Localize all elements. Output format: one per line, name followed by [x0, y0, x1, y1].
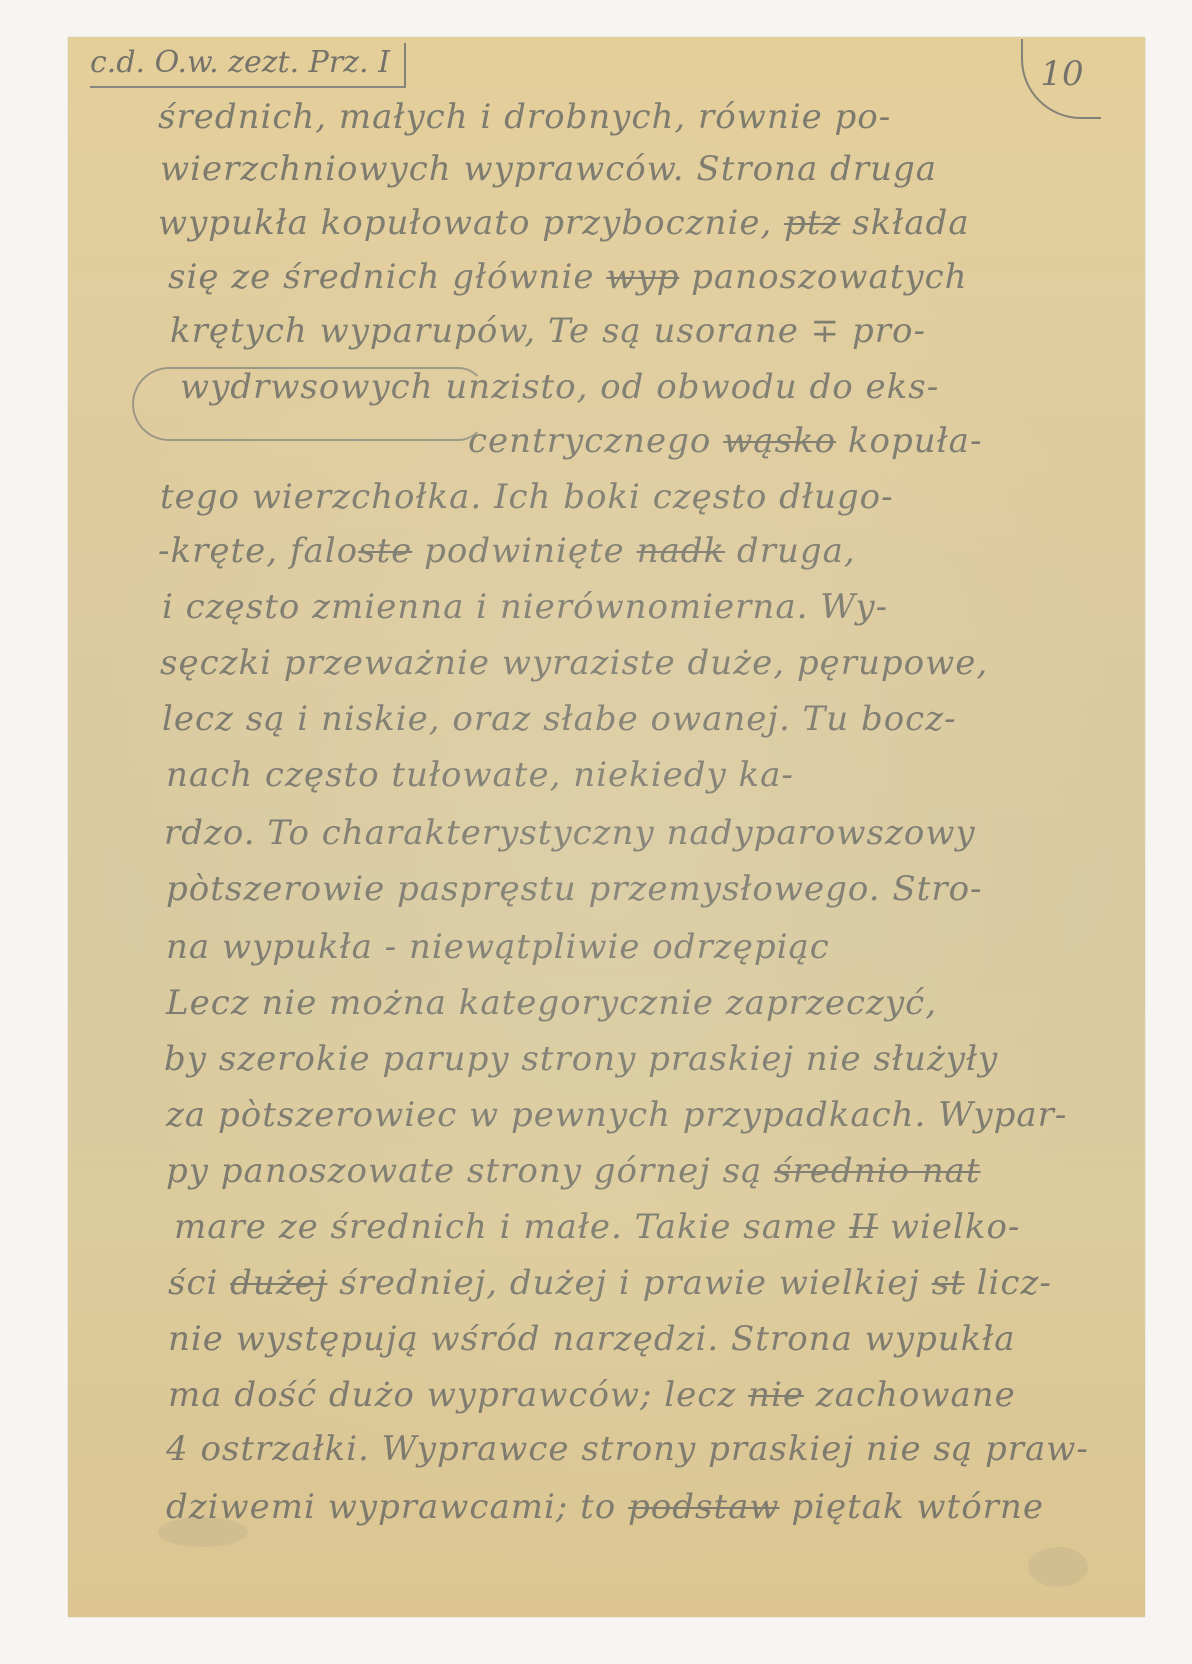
- manuscript-line: lecz są i niskie, oraz słabe owanej. Tu …: [162, 699, 957, 739]
- struck-text: średnio nat: [774, 1151, 980, 1191]
- struck-text: ste: [358, 531, 412, 571]
- line-text: pòtszerowie paspręstu przemysłowego. Str…: [166, 869, 983, 909]
- line-text: sęczki przeważnie wyraziste duże, pęrupo…: [160, 643, 988, 683]
- line-text: na wypukła - niewątpliwie odrzępiąc: [166, 927, 830, 967]
- line-text: wierzchniowych wyprawców. Strona druga: [160, 149, 937, 189]
- line-text: składa: [840, 203, 969, 243]
- line-text: nach często tułowate, niekiedy ka-: [166, 755, 794, 795]
- manuscript-line: na wypukła - niewątpliwie odrzępiąc: [166, 927, 830, 967]
- line-text: druga,: [725, 531, 856, 571]
- line-text: kopuła-: [836, 421, 982, 461]
- manuscript-line: rdzo. To charakterystyczny nadyparowszow…: [164, 813, 976, 853]
- line-text: zachowane: [804, 1375, 1016, 1415]
- manuscript-page: c.d. O.w. zezt. Prz. I 10 średnich, mały…: [68, 37, 1145, 1617]
- manuscript-line: mare ze średnich i małe. Takie same II w…: [174, 1207, 1020, 1247]
- manuscript-line: by szerokie parupy strony praskiej nie s…: [164, 1039, 998, 1079]
- manuscript-line: wypukła kopułowato przybocznie, ptz skła…: [158, 203, 970, 243]
- line-text: średniej, dużej i prawie wielkiej: [327, 1263, 931, 1303]
- manuscript-line: tego wierzchołka. Ich boki często długo-: [160, 477, 894, 517]
- manuscript-line: się ze średnich głównie wyp panoszowatyc…: [168, 257, 968, 297]
- header-label: c.d. O.w. zezt. Prz. I: [90, 43, 406, 88]
- manuscript-line: dziwemi wyprawcami; to podstaw piętak wt…: [166, 1487, 1044, 1527]
- manuscript-line: Lecz nie można kategorycznie zaprzeczyć,: [166, 983, 937, 1023]
- manuscript-line: centrycznego wąsko kopuła-: [468, 421, 982, 461]
- manuscript-line: ści dużej średniej, dużej i prawie wielk…: [168, 1263, 1052, 1303]
- manuscript-line: pòtszerowie paspręstu przemysłowego. Str…: [166, 869, 983, 909]
- struck-text: wąsko: [723, 421, 836, 461]
- line-text: Lecz nie można kategorycznie zaprzeczyć,: [166, 983, 937, 1023]
- line-text: wypukła kopułowato przybocznie,: [158, 203, 784, 243]
- manuscript-line: ma dość dużo wyprawców; lecz nie zachowa…: [168, 1375, 1016, 1415]
- line-text: dziwemi wyprawcami; to: [166, 1487, 628, 1527]
- manuscript-line: sęczki przeważnie wyraziste duże, pęrupo…: [160, 643, 988, 683]
- manuscript-line: -kręte, faloste podwinięte nadk druga,: [158, 531, 856, 571]
- line-text: mare ze średnich i małe. Takie same: [174, 1207, 849, 1247]
- line-text: rdzo. To charakterystyczny nadyparowszow…: [164, 813, 976, 853]
- manuscript-line: i często zmienna i nierównomierna. Wy-: [162, 587, 888, 627]
- line-text: by szerokie parupy strony praskiej nie s…: [164, 1039, 998, 1079]
- line-text: średnich, małych i drobnych, równie po-: [158, 97, 891, 137]
- manuscript-line: za pòtszerowiec w pewnych przypadkach. W…: [166, 1095, 1067, 1135]
- line-text: py panoszowate strony górnej są: [166, 1151, 774, 1191]
- line-text: tego wierzchołka. Ich boki często długo-: [160, 477, 894, 517]
- struck-text: nadk: [637, 531, 726, 571]
- line-text: krętych wyparupów, Te są usorane ∓ pro-: [170, 311, 926, 351]
- line-text: -kręte, falo: [158, 531, 358, 571]
- manuscript-line: py panoszowate strony górnej są średnio …: [166, 1151, 981, 1191]
- line-text: 4 ostrzałki. Wyprawce strony praskiej ni…: [166, 1429, 1089, 1469]
- line-text: wielko-: [878, 1207, 1020, 1247]
- page-number: 10: [1021, 39, 1101, 119]
- pencil-smudge: [1028, 1547, 1088, 1587]
- manuscript-line: wydrwsowych unzisto, od obwodu do eks-: [180, 367, 939, 407]
- line-text: piętak wtórne: [780, 1487, 1044, 1527]
- line-text: za pòtszerowiec w pewnych przypadkach. W…: [166, 1095, 1067, 1135]
- line-text: lecz są i niskie, oraz słabe owanej. Tu …: [162, 699, 957, 739]
- struck-text: ptz: [784, 203, 840, 243]
- struck-text: podstaw: [628, 1487, 779, 1527]
- line-text: licz-: [965, 1263, 1052, 1303]
- line-text: wydrwsowych unzisto, od obwodu do eks-: [180, 367, 939, 407]
- manuscript-line: 4 ostrzałki. Wyprawce strony praskiej ni…: [166, 1429, 1089, 1469]
- line-text: centrycznego: [468, 421, 723, 461]
- manuscript-line: krętych wyparupów, Te są usorane ∓ pro-: [170, 311, 926, 351]
- line-text: ści: [168, 1263, 230, 1303]
- line-text: się ze średnich głównie: [168, 257, 606, 297]
- struck-text: dużej: [230, 1263, 327, 1303]
- manuscript-line: średnich, małych i drobnych, równie po-: [158, 97, 891, 137]
- struck-text: st: [932, 1263, 965, 1303]
- struck-text: wyp: [606, 257, 679, 297]
- line-text: panoszowatych: [679, 257, 967, 297]
- line-text: i często zmienna i nierównomierna. Wy-: [162, 587, 888, 627]
- manuscript-line: wierzchniowych wyprawców. Strona druga: [160, 149, 937, 189]
- line-text: nie występują wśród narzędzi. Strona wyp…: [168, 1319, 1016, 1359]
- manuscript-line: nie występują wśród narzędzi. Strona wyp…: [168, 1319, 1016, 1359]
- manuscript-line: nach często tułowate, niekiedy ka-: [166, 755, 794, 795]
- line-text: podwinięte: [412, 531, 636, 571]
- line-text: ma dość dużo wyprawców; lecz: [168, 1375, 748, 1415]
- struck-text: nie: [748, 1375, 804, 1415]
- struck-text: II: [849, 1207, 878, 1247]
